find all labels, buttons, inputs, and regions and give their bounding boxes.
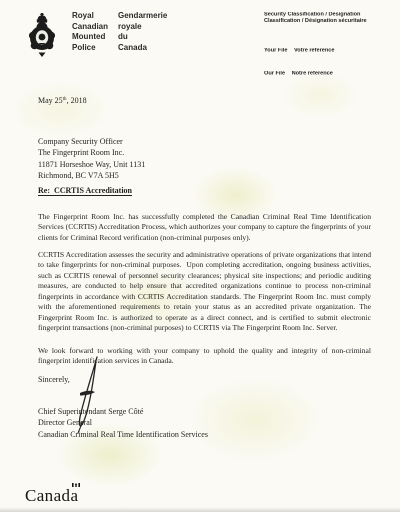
org-name-line: Gendarmerie xyxy=(118,11,167,22)
org-name-line: du xyxy=(118,32,167,43)
address-line: The Fingerprint Room Inc. xyxy=(38,147,145,158)
wordmark-text: Canad xyxy=(25,486,70,505)
address-line: Richmond, BC V7A 5H5 xyxy=(38,170,145,181)
org-name-line: Canadian xyxy=(72,22,108,33)
org-name-line: Royal xyxy=(72,11,108,22)
org-name-line: Mounted xyxy=(72,32,108,43)
body-paragraph-2: CCRTIS Accreditation assesses the securi… xyxy=(38,250,371,334)
recipient-address: Company Security Officer The Fingerprint… xyxy=(38,136,145,182)
date-year: , 2018 xyxy=(67,96,87,105)
org-name-line: royale xyxy=(118,22,167,33)
address-line: Company Security Officer xyxy=(38,136,145,147)
our-file-reference-field: Our FileNotre reference xyxy=(264,71,333,77)
scan-bottom-edge xyxy=(0,507,400,512)
handwritten-signature xyxy=(56,349,116,439)
your-file-reference-field: Your FileVotre reference xyxy=(264,48,335,54)
wordmark-text: a xyxy=(70,486,78,505)
date-day: May 25 xyxy=(38,96,63,105)
letter-date: May 25th, 2018 xyxy=(38,96,87,105)
our-file-label-en: Our File xyxy=(264,71,285,77)
security-classification-label: Security Classification / Designation Cl… xyxy=(264,12,367,25)
org-name-french: Gendarmerie royale du Canada xyxy=(118,11,167,53)
classification-line-fr: Classification / Désignation sécuritaire xyxy=(264,18,367,24)
org-name-line: Police xyxy=(72,43,108,54)
body-paragraph-1: The Fingerprint Room Inc. has successful… xyxy=(38,212,371,243)
scanned-letter-page: Royal Canadian Mounted Police Gendarmeri… xyxy=(0,0,400,512)
classification-line-en: Security Classification / Designation xyxy=(264,12,367,18)
your-file-label-en: Your File xyxy=(264,48,287,54)
your-file-label-fr: Votre reference xyxy=(294,48,335,54)
rcmp-crest-icon xyxy=(26,13,58,57)
wordmark-last-letter: a xyxy=(70,486,78,506)
address-line: 11871 Horseshoe Way, Unit 1131 xyxy=(38,159,145,170)
canada-flag-icon xyxy=(72,483,80,487)
canada-wordmark: Canada xyxy=(25,486,78,506)
org-name-english: Royal Canadian Mounted Police xyxy=(72,11,108,53)
subject-line: Re: CCRTIS Accreditation xyxy=(38,186,132,195)
our-file-label-fr: Notre reference xyxy=(292,71,333,77)
org-name-line: Canada xyxy=(118,43,167,54)
